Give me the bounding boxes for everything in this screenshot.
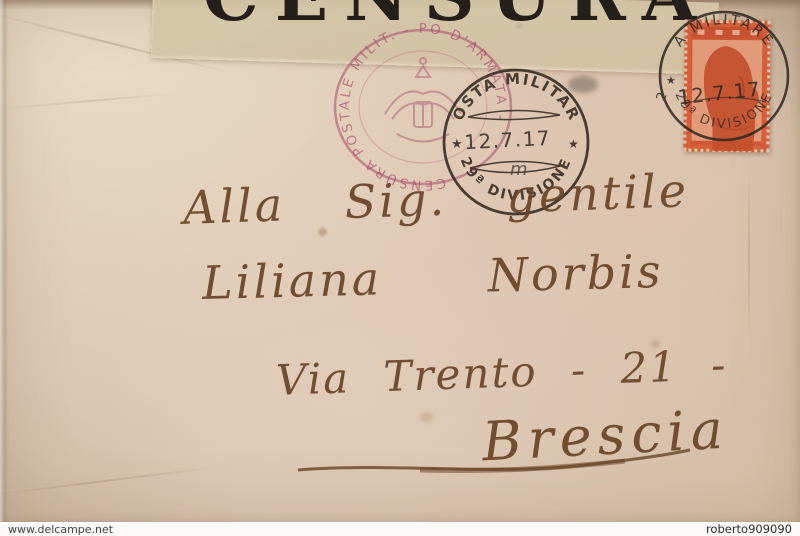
postmark-stamp-star: ★ bbox=[666, 74, 676, 87]
crease-line bbox=[0, 466, 219, 496]
postmark-main-date: 12.7.17 bbox=[464, 126, 552, 155]
watermark-right: roberto909090 bbox=[706, 522, 792, 536]
svg-text:A MILITARE: A MILITARE bbox=[671, 12, 777, 50]
svg-text:POSTA MILITARE: POSTA MILITARE bbox=[438, 64, 584, 124]
address-line-street: Via Trento - 21 - bbox=[275, 340, 728, 405]
address-line-city: Brescia bbox=[481, 398, 731, 474]
postmark-main-star-right: ★ bbox=[568, 137, 579, 151]
postmark-stamp-date: 12.7.17 bbox=[677, 77, 762, 110]
watermark-left: www.delcampe.net bbox=[8, 523, 113, 536]
crease-line bbox=[748, 170, 750, 340]
envelope: CENSURA CENSURA POSTALE MILIT. - PO D'AR… bbox=[0, 0, 800, 523]
address-line-recipient-salutation: Alla Sig. gentile bbox=[182, 163, 690, 235]
envelope-scan: CENSURA CENSURA POSTALE MILIT. - PO D'AR… bbox=[0, 0, 800, 536]
postmark-on-stamp: A MILITARE 29ª DIVISIONE 12.7.17 ★ 2 bbox=[656, 8, 796, 148]
envelope-left-edge bbox=[0, 0, 8, 523]
postmark-main-star-left: ★ bbox=[451, 137, 463, 152]
postmark-stamp-arc-top: A MILITARE bbox=[671, 12, 777, 50]
postmark-main-arc-top: POSTA MILITARE bbox=[438, 64, 584, 124]
watermark-bar: www.delcampe.net roberto909090 bbox=[0, 522, 800, 536]
stain-spot bbox=[420, 412, 433, 422]
address-line-recipient-name: Liliana Norbis bbox=[201, 244, 664, 310]
crease-line bbox=[0, 92, 179, 110]
